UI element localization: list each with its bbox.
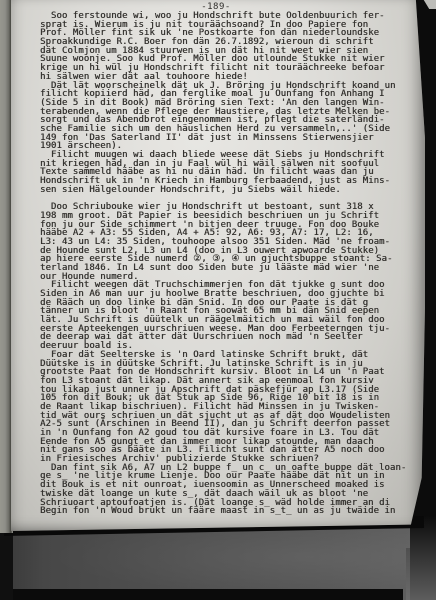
page-text: Soo ferstounde wi, woo ju Hondschrift bu… xyxy=(40,12,410,516)
scan-bottom-black-edge xyxy=(0,589,403,600)
text-line: sen sien Hälgelounder Hondschrift, ju Si… xyxy=(40,186,410,195)
scan-bottom-left-shadow xyxy=(0,531,13,600)
book-page: -189- Soo ferstounde wi, woo ju Hondschr… xyxy=(11,0,425,531)
text-line: Begin fon 'n Woud brukt un fääre maast i… xyxy=(40,507,410,516)
scanned-book-photo: -189- Soo ferstounde wi, woo ju Hondschr… xyxy=(0,0,436,600)
